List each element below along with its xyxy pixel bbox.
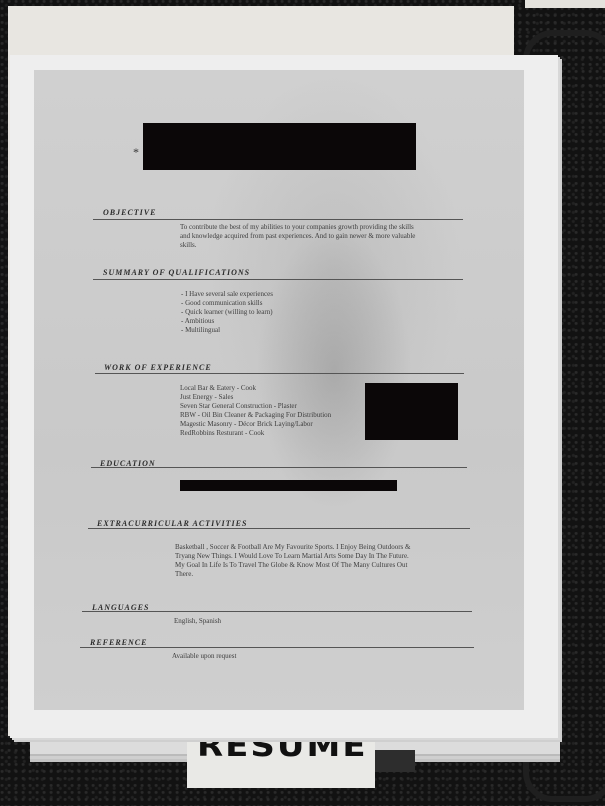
list-item: RBW - Oil Bin Cleaner & Packaging For Di… <box>180 411 331 420</box>
list-item: Local Bar & Eatery - Cook <box>180 384 331 393</box>
divider <box>80 647 474 648</box>
list-item: RedRobbins Resturant - Cook <box>180 429 331 438</box>
section-title-qualifications: SUMMARY OF QUALIFICATIONS <box>103 268 250 277</box>
name-marker: * <box>133 145 139 160</box>
divider <box>95 373 464 374</box>
list-item: - Multilingual <box>181 326 273 335</box>
tape <box>375 750 415 772</box>
list-item: Seven Star General Construction - Plaste… <box>180 402 331 411</box>
redacted-dates <box>365 383 458 440</box>
redacted-name <box>143 123 416 170</box>
reference-text: Available upon request <box>172 652 236 661</box>
list-item: - Good communication skills <box>181 299 273 308</box>
corner-paper <box>525 0 605 8</box>
divider <box>91 467 467 468</box>
divider <box>82 611 472 612</box>
list-item: - Quick learner (willing to learn) <box>181 308 273 317</box>
redacted-education <box>180 480 397 491</box>
divider <box>93 219 463 220</box>
tray-label: RESUME's <box>187 738 375 788</box>
objective-text: To contribute the best of my abilities t… <box>180 223 415 250</box>
list-item: - Ambitious <box>181 317 273 326</box>
section-title-extracurricular: EXTRACURRICULAR ACTIVITIES <box>97 519 247 528</box>
languages-text: English, Spanish <box>174 617 221 626</box>
divider <box>88 528 470 529</box>
extracurricular-text: Basketball , Soccer & Football Are My Fa… <box>175 543 410 579</box>
section-title-reference: REFERENCE <box>90 638 147 647</box>
list-item: Just Energy - Sales <box>180 393 331 402</box>
section-title-experience: WORK OF EXPERIENCE <box>104 363 212 372</box>
divider <box>93 279 463 280</box>
tray-label-text: RESUME's <box>197 738 375 764</box>
list-item: Magestic Masonry - Décor Brick Laying/La… <box>180 420 331 429</box>
section-title-objective: OBJECTIVE <box>103 208 156 217</box>
list-item: - I Have several sale experiences <box>181 290 273 299</box>
qualifications-list: - I Have several sale experiences - Good… <box>181 290 273 335</box>
experience-list: Local Bar & Eatery - Cook Just Energy - … <box>180 384 331 438</box>
